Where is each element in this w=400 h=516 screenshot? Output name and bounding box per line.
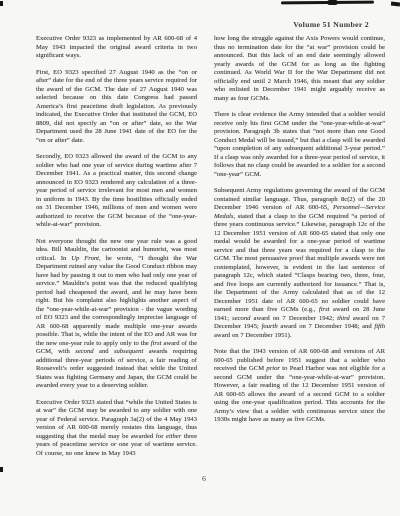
text-segment: , stated that a clasp to the GCM require… bbox=[214, 213, 385, 314]
text-segment: how long the struggle against the Axis P… bbox=[214, 35, 385, 102]
paragraph: Secondly, EO 9323 allowed the award of t… bbox=[36, 153, 197, 230]
scan-artifact-top-blob bbox=[327, 0, 338, 5]
text-segment: and bbox=[94, 348, 114, 355]
paragraph: Executive Order 9323 stated that “while … bbox=[36, 399, 197, 459]
document-page: Volume 51 Number 2 Executive Order 9323 … bbox=[0, 0, 400, 516]
paragraph: First, EO 9323 specified 27 August 1940 … bbox=[36, 69, 197, 146]
paragraph: Executive Order 9323 as implemented by A… bbox=[36, 35, 197, 61]
italic-text-segment: second bbox=[232, 315, 250, 322]
italic-text-segment: first bbox=[319, 306, 330, 313]
left-column: Executive Order 9323 as implemented by A… bbox=[36, 35, 197, 466]
text-segment: First, EO 9323 specified 27 August 1940 … bbox=[36, 69, 197, 144]
scan-artifact-top-left-dot bbox=[0, 1, 3, 6]
text-segment: award on 7 December 1942; bbox=[250, 315, 337, 322]
italic-text-segment: Up Front bbox=[71, 255, 99, 262]
paragraph: Note that the 1943 version of AR 600-68 … bbox=[214, 348, 385, 425]
text-columns: Executive Order 9323 as implemented by A… bbox=[36, 35, 386, 466]
italic-text-segment: prior bbox=[266, 365, 280, 372]
text-segment: Secondly, EO 9323 allowed the award of t… bbox=[36, 153, 197, 228]
scan-artifact-top-right-mark bbox=[391, 2, 400, 7]
text-segment: , he wrote, “I thought the War Departmen… bbox=[36, 255, 197, 347]
italic-text-segment: either bbox=[166, 433, 181, 440]
text-segment: There is clear evidence the Army intende… bbox=[214, 111, 385, 178]
scan-artifact-left-edge-dash bbox=[0, 467, 3, 472]
text-segment: to Pearl Harbor was not eligible for a s… bbox=[214, 365, 385, 423]
text-segment: award on 7 December 1951). bbox=[214, 332, 292, 339]
text-segment: award on 7 December 1948; and bbox=[278, 323, 375, 330]
italic-text-segment: subsequent bbox=[114, 348, 143, 355]
italic-text-segment: fourth bbox=[262, 323, 278, 330]
paragraph: There is clear evidence the Army intende… bbox=[214, 111, 385, 179]
right-column: how long the struggle against the Axis P… bbox=[214, 35, 385, 466]
italic-text-segment: second bbox=[75, 348, 93, 355]
paragraph: how long the struggle against the Axis P… bbox=[214, 35, 385, 103]
paragraph: Subsequent Army regulations governing th… bbox=[214, 187, 385, 340]
journal-volume-header: Volume 51 Number 2 bbox=[0, 20, 369, 29]
italic-text-segment: first bbox=[151, 340, 162, 347]
italic-text-segment: fifth bbox=[374, 323, 385, 330]
text-segment: Executive Order 9323 as implemented by A… bbox=[36, 35, 197, 59]
italic-text-segment: third bbox=[337, 315, 350, 322]
paragraph: Not everyone thought the new one year ru… bbox=[36, 238, 197, 391]
page-number: 6 bbox=[0, 474, 400, 483]
